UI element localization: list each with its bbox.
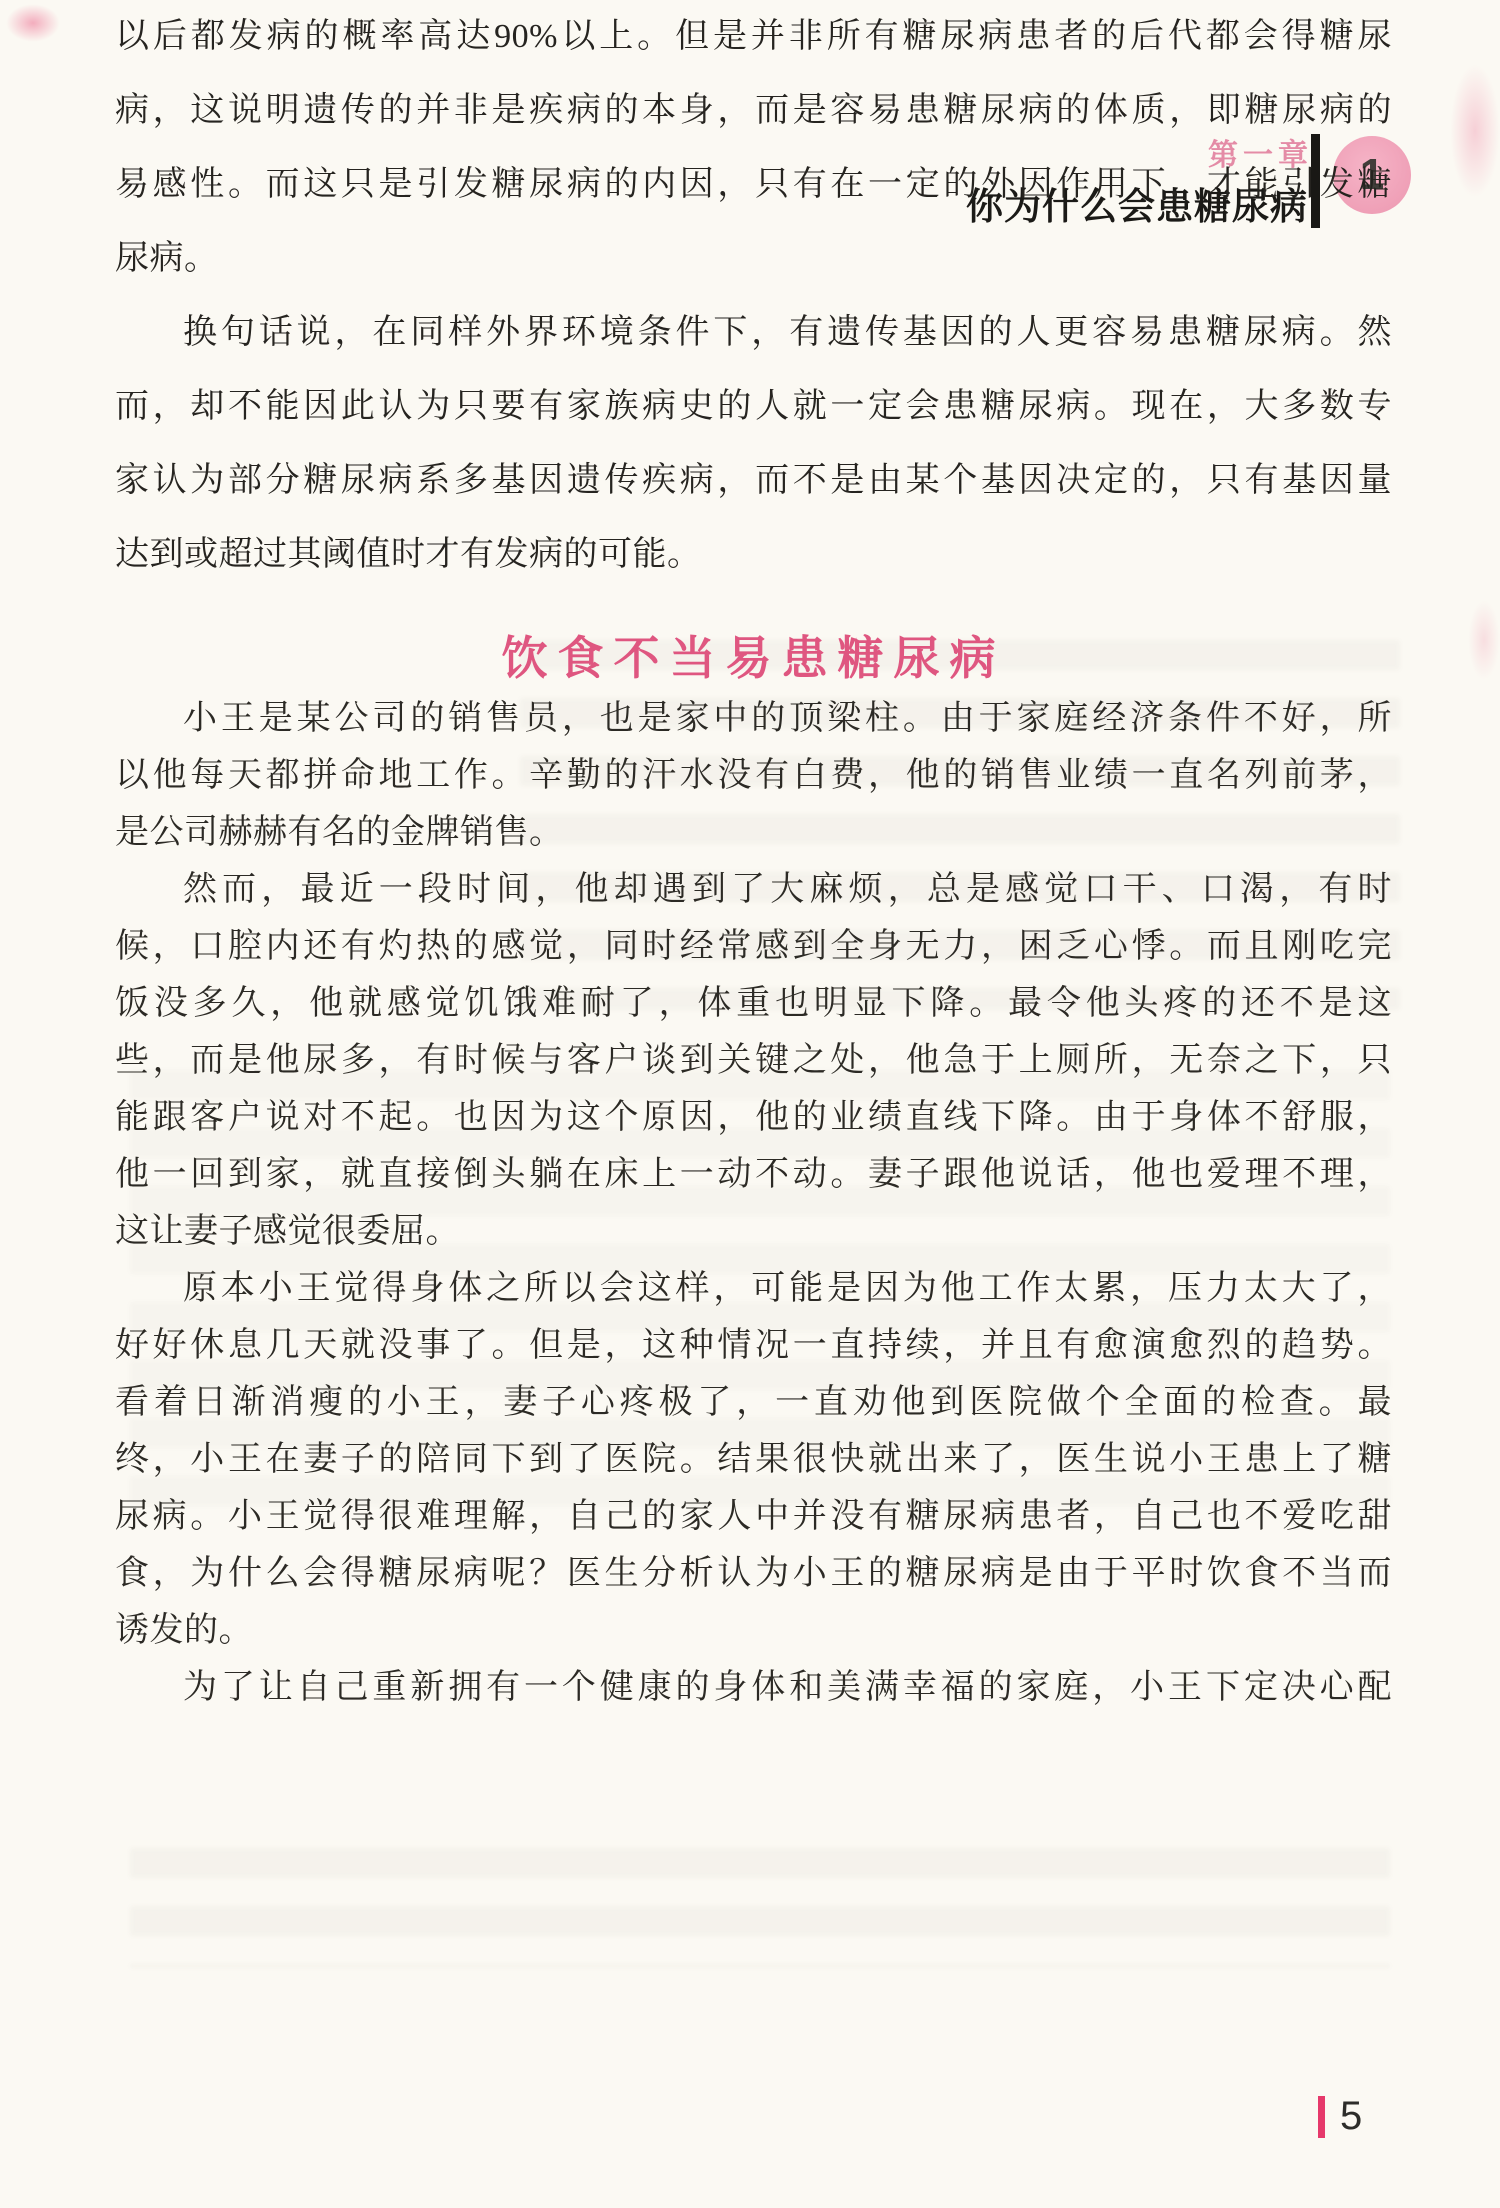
text-line: 尿病。 (115, 222, 1392, 296)
bleed-through-ghost (130, 1848, 1390, 1968)
text-line: 些，而是他尿多，有时候与客户谈到关键之处，他急于上厕所，无奈之下，只 (115, 1032, 1392, 1089)
text-line: 病，这说明遗传的并非是疾病的本身，而是容易患糖尿病的体质，即糖尿病的 (115, 74, 1392, 148)
paragraph-heredity-genes: 换句话说，在同样外界环境条件下，有遗传基因的人更容易患糖尿病。然 而，却不能因此… (115, 296, 1392, 592)
text-line: 是公司赫赫有名的金牌销售。 (115, 804, 1392, 861)
text-line: 家认为部分糖尿病系多基因遗传疾病，而不是由某个基因决定的，只有基因量 (115, 444, 1392, 518)
text-line: 小王是某公司的销售员，也是家中的顶梁柱。由于家庭经济条件不好，所 (115, 690, 1392, 747)
text-line: 易感性。而这只是引发糖尿病的内因，只有在一定的外因作用下，才能引发糖 (115, 148, 1392, 222)
text-line: 饭没多久，他就感觉饥饿难耐了，体重也明显下降。最令他头疼的还不是这 (115, 975, 1392, 1032)
scan-smudge (1468, 600, 1500, 680)
section-heading: 饮食不当易患糖尿病 (115, 628, 1392, 690)
book-page: 第一章 你为什么会患糖尿病 1 以后都发病的概率高达90%以上。但是并非所有糖尿… (0, 0, 1500, 2208)
page-number-bar (1318, 2096, 1325, 2138)
text-line: 为了让自己重新拥有一个健康的身体和美满幸福的家庭，小王下定决心配 (115, 1659, 1392, 1716)
text-line: 他一回到家，就直接倒头躺在床上一动不动。妻子跟他说话，他也爱理不理， (115, 1146, 1392, 1203)
text-line: 换句话说，在同样外界环境条件下，有遗传基因的人更容易患糖尿病。然 (115, 296, 1392, 370)
text-line: 食，为什么会得糖尿病呢？医生分析认为小王的糖尿病是由于平时饮食不当而 (115, 1545, 1392, 1602)
scan-smudge (1450, 64, 1500, 198)
paragraph-story-intro: 小王是某公司的销售员，也是家中的顶梁柱。由于家庭经济条件不好，所 以他每天都拼命… (115, 690, 1392, 861)
text-line: 以后都发病的概率高达90%以上。但是并非所有糖尿病患者的后代都会得糖尿 (115, 0, 1392, 74)
text-line: 好好休息几天就没事了。但是，这种情况一直持续，并且有愈演愈烈的趋势。 (115, 1317, 1392, 1374)
paragraph-story-symptoms: 然而，最近一段时间，他却遇到了大麻烦，总是感觉口干、口渴，有时 候，口腔内还有灼… (115, 861, 1392, 1260)
text-line: 能跟客户说对不起。也因为这个原因，他的业绩直线下降。由于身体不舒服， (115, 1089, 1392, 1146)
scan-smudge (6, 4, 60, 42)
paragraph-heredity-continuation: 以后都发病的概率高达90%以上。但是并非所有糖尿病患者的后代都会得糖尿 病，这说… (115, 0, 1392, 296)
text-line: 候，口腔内还有灼热的感觉，同时经常感到全身无力，困乏心悸。而且刚吃完 (115, 918, 1392, 975)
text-line: 这让妻子感觉很委屈。 (115, 1203, 1392, 1260)
page-number: 5 (1340, 2094, 1362, 2139)
text-line: 尿病。小王觉得很难理解，自己的家人中并没有糖尿病患者，自己也不爱吃甜 (115, 1488, 1392, 1545)
text-line: 看着日渐消瘦的小王，妻子心疼极了，一直劝他到医院做个全面的检查。最 (115, 1374, 1392, 1431)
page-content: 以后都发病的概率高达90%以上。但是并非所有糖尿病患者的后代都会得糖尿 病，这说… (115, 0, 1392, 1716)
text-line: 原本小王觉得身体之所以会这样，可能是因为他工作太累，压力太大了， (115, 1260, 1392, 1317)
text-line: 然而，最近一段时间，他却遇到了大麻烦，总是感觉口干、口渴，有时 (115, 861, 1392, 918)
text-line: 诱发的。 (115, 1602, 1392, 1659)
text-line: 终，小王在妻子的陪同下到了医院。结果很快就出来了，医生说小王患上了糖 (115, 1431, 1392, 1488)
text-line: 以他每天都拼命地工作。辛勤的汗水没有白费，他的销售业绩一直名列前茅， (115, 747, 1392, 804)
text-line: 达到或超过其阈值时才有发病的可能。 (115, 518, 1392, 592)
paragraph-story-diagnosis: 原本小王觉得身体之所以会这样，可能是因为他工作太累，压力太大了， 好好休息几天就… (115, 1260, 1392, 1659)
text-line: 而，却不能因此认为只要有家族病史的人就一定会患糖尿病。现在，大多数专 (115, 370, 1392, 444)
paragraph-story-resolution: 为了让自己重新拥有一个健康的身体和美满幸福的家庭，小王下定决心配 (115, 1659, 1392, 1716)
